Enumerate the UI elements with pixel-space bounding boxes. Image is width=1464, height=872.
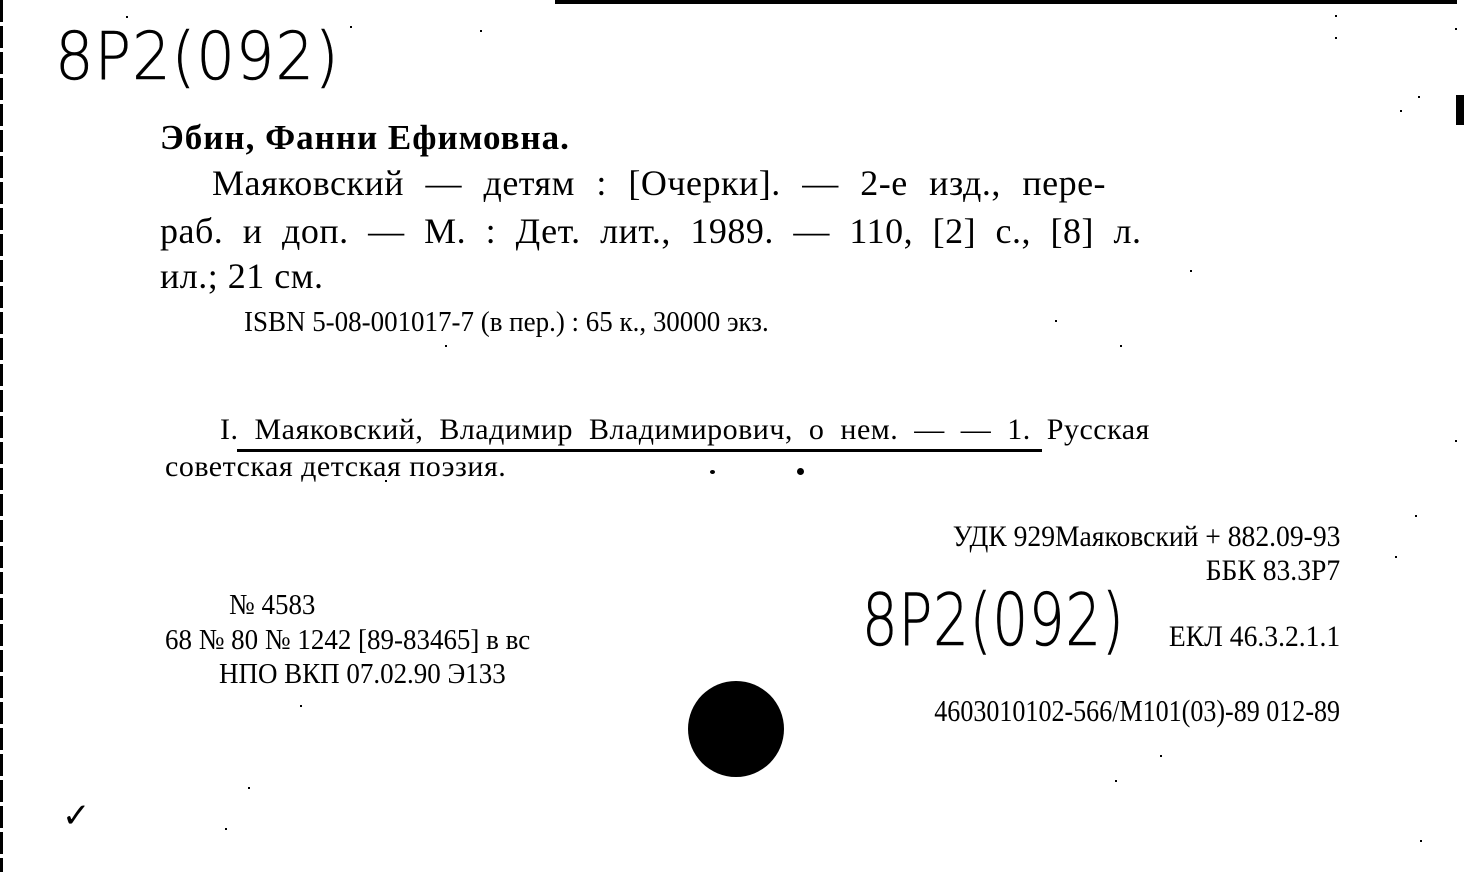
description-line-1: Маяковский — детям : [Очерки]. — 2-е изд… [212,162,1106,204]
ekl-classification: ЕКЛ 46.3.2.1.1 [1169,620,1340,654]
catalog-card: 8Р2(092) Эбин, Фанни Ефимовна. Маяковски… [0,0,1464,872]
checkmark-icon: ✓ [62,796,91,836]
card-left-edge [0,0,3,872]
description-line-3: ил.; 21 см. [160,255,324,297]
udk-classification: УДК 929Маяковский + 882.09-93 [952,520,1340,554]
subject-line-1: I. Маяковский, Владимир Владимирович, о … [220,413,1150,447]
description-line-2: раб. и доп. — М. : Дет. лит., 1989. — 11… [160,210,1141,252]
registry-line-3: НПО ВКП 07.02.90 Э133 [219,658,506,691]
handwritten-shelfmark-mid: 8Р2(092) [862,578,1125,662]
subject-line-2: советская детская поэзия. [165,450,506,484]
isbn-line: ISBN 5-08-001017-7 (в пер.) : 65 к., 300… [244,306,769,339]
registry-line-2: 68 № 80 № 1242 [89-83465] в вс [165,624,530,657]
registry-number: № 4583 [229,589,315,622]
card-edge-mark [1456,95,1464,125]
handwritten-shelfmark-top: 8Р2(092) [55,18,340,95]
punch-hole [688,681,784,777]
speck [797,468,804,475]
bbk-classification: ББК 83.3Р7 [1206,554,1340,588]
speck [710,470,715,474]
publication-code: 4603010102-566/М101(03)-89 012-89 [934,693,1340,729]
card-top-edge [555,0,1457,4]
author-heading: Эбин, Фанни Ефимовна. [160,118,570,158]
